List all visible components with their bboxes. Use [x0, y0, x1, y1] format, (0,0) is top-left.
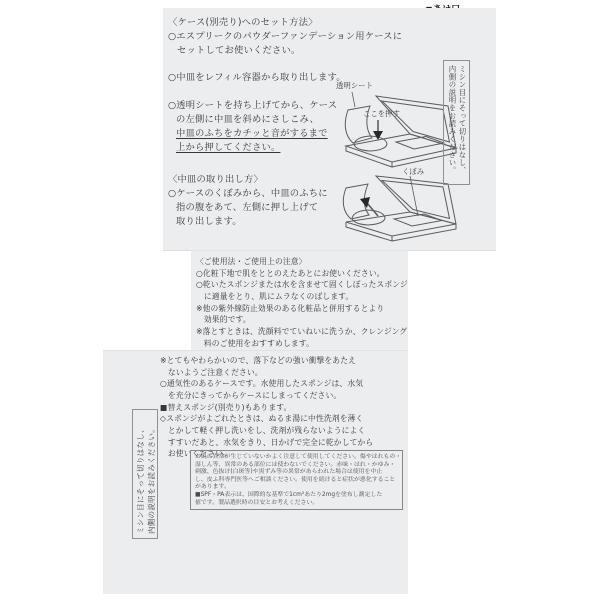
usage-line-5: 効果的です。: [196, 314, 251, 325]
notice-line-6: ■SPF・PA表示は、国際的な基準で1cm²あたり2mgを塗布し測定した: [195, 492, 398, 500]
removal-section-heading: 〈中皿の取り出し方〉: [168, 171, 263, 185]
removal-step1-line1: ○ケースのくぼみから、中皿のふちに: [168, 185, 328, 199]
tear-note-line-2: 内側の説明をお読みください。: [447, 65, 457, 180]
setup-step3-line4: 上から押してください。: [176, 139, 280, 153]
setup-step3-line1: ○透明シートを持ち上げてから、ケース: [168, 97, 337, 111]
safety-notice-box: お肌に異常が生じていないかよく注意して使用してください。傷やはれもの・ 湿しん等…: [190, 450, 403, 510]
usage-line-4: ※他の紫外線防止効果のある化粧品と併用するとより: [196, 303, 384, 314]
caution-line-7: とかして軽く押し洗いをし、洗剤が残らないようによく: [160, 425, 365, 436]
notice-line-7: 値です。製品選択時の目安とお考えください。: [195, 500, 398, 508]
notice-line-1: お肌に異常が生じていないかよく注意して使用してください。傷やはれもの・: [195, 454, 398, 462]
notice-line-5: があります。: [195, 484, 398, 492]
setup-section-heading: 〈ケース(別売り)へのセット方法〉: [168, 14, 318, 28]
tear-off-note-left: ミシン目にそって切りはなし、 内側の説明をお読みください。: [132, 409, 158, 539]
instruction-sheet-top-panel: 〈ケース(別売り)へのセット方法〉 ○エスプリークのパウダーファンデーション用ケ…: [163, 8, 496, 251]
leaflet-photo: ▼あけ口 〈ケース(別売り)へのセット方法〉 ○エスプリークのパウダーファンデー…: [0, 0, 600, 600]
tear-note-line-1: ミシン目にそって切りはなし、: [135, 414, 146, 534]
setup-step1-line2: セットしてお使いください。: [177, 42, 300, 56]
usage-line-6: ※落とすときは、洗顔料でていねいに洗うか、クレンジング: [196, 326, 407, 337]
tear-off-note-right: ミシン目にそって切りはなし、 内側の説明をお読みください。: [443, 60, 470, 185]
caution-line-4: を充分にきってからケースにしまってください。: [160, 390, 341, 401]
transparent-sheet-label: 透明シート: [336, 80, 373, 91]
caution-line-1: ※とてもやわらかいので、落下などの強い衝撃をあたえ: [160, 355, 356, 366]
caution-line-8: すすいだあと、水気をきり、日かげで完全に乾かしてから: [160, 437, 373, 448]
compact-case-removal-drawing: [336, 174, 464, 250]
usage-line-1: ○化粧下地で肌をととのえたあとにお使いください。: [196, 268, 385, 279]
caution-line-5: ■替えスポンジ(別売り)もあります。: [160, 402, 291, 413]
instruction-sheet-middle-panel: 〈ご使用法・ご使用上の注意〉 ○化粧下地で肌をととのえたあとにお使いください。 …: [191, 250, 408, 351]
usage-line-2: ○乾いたスポンジまたは水を含ませて固くしぼったスポンジ: [196, 279, 408, 290]
tear-note-line-2: 内側の説明をお読みください。: [146, 414, 157, 534]
removal-step1-line3: 取り出します。: [176, 213, 242, 227]
usage-section-heading: 〈ご使用法・ご使用上の注意〉: [196, 256, 307, 267]
setup-step3-line3: 中皿のふちをカチッと音がするまで: [176, 125, 328, 139]
instruction-sheet-bottom-panel: ※とてもやわらかいので、落下などの強い衝撃をあたえ ないようご注意ください。 ○…: [103, 350, 408, 594]
setup-step3-line2: の左側に中皿を斜めにさしこみ、: [176, 111, 319, 125]
usage-line-3: に適量をとり、肌にムラなくのばします。: [196, 291, 353, 302]
removal-step1-line2: 指の腹をあて、左側に押し上げて: [176, 199, 318, 213]
tear-note-line-1: ミシン目にそって切りはなし、: [457, 65, 467, 180]
setup-step2: ○中皿をレフィル容器から取り出します。: [168, 69, 346, 83]
setup-step1-line1: ○エスプリークのパウダーファンデーション用ケースに: [168, 28, 402, 42]
caution-line-2: ないようご注意ください。: [160, 367, 263, 378]
notice-line-3: 刺激、色抜け(白斑等)や黒ずみ等の異常があらわれた場合は使用を中止: [195, 469, 398, 477]
caution-line-6: ◇スポンジがよごれたときは、ぬるま湯に中性洗剤を薄く: [160, 413, 363, 424]
usage-line-7: 料のご使用をおすすめします。: [196, 338, 314, 349]
caution-line-3: ○通気性のあるケースです。水使用したスポンジは、水気: [160, 378, 363, 389]
